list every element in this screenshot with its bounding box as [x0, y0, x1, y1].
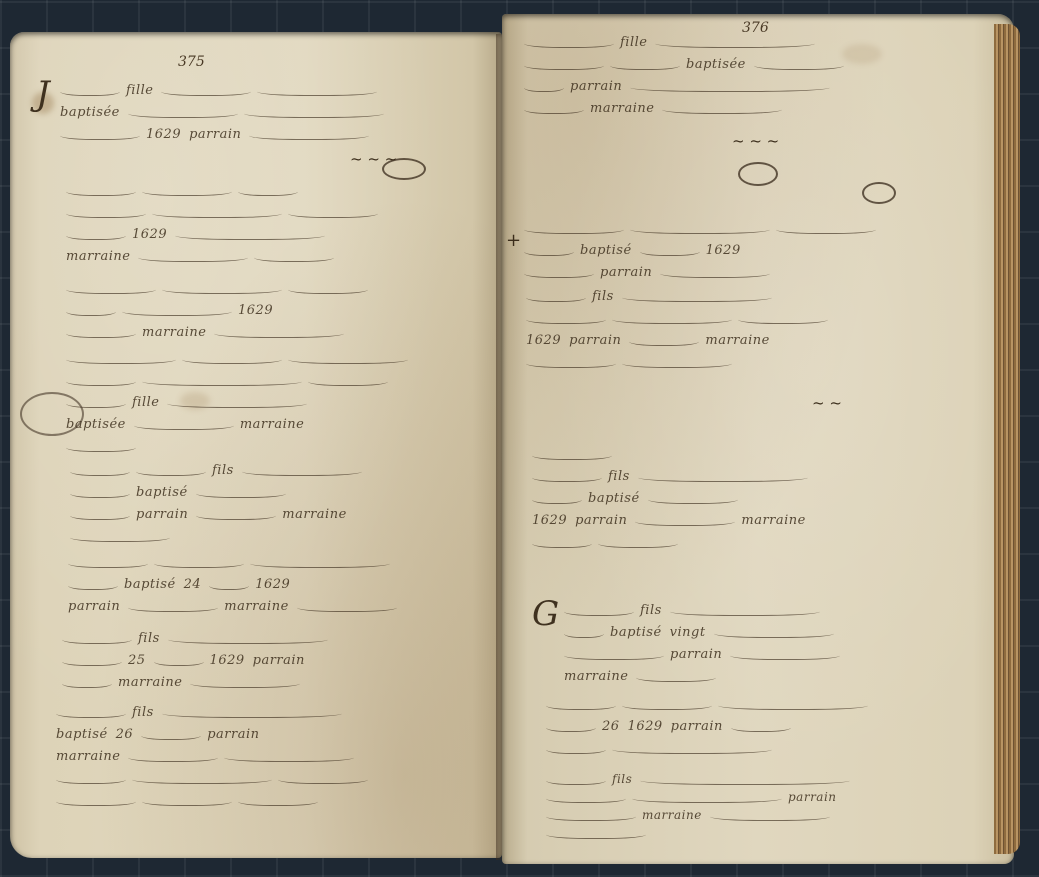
signature: ~ ~	[812, 394, 842, 412]
page-number: 375	[178, 54, 205, 70]
register-entry: fille baptisée parrain marraine	[524, 32, 984, 120]
register-entry: fils baptisé26parrain marraine	[56, 702, 486, 812]
register-entry: 1629 marraine	[66, 180, 486, 268]
entry-initial: J	[36, 74, 50, 114]
register-book: 375 J fille baptisée 1629parrain ~ ~ ~ 1…	[6, 14, 1036, 869]
register-entry: fille baptisée 1629parrain	[60, 80, 490, 146]
register-entry: fils baptisé 1629parrainmarraine	[532, 444, 992, 554]
entry-initial: G	[532, 594, 559, 634]
register-entry: fils parrain marraine	[546, 770, 1016, 842]
register-entry: baptisé1629 parrain	[524, 218, 984, 284]
register-entry: 261629parrain	[546, 694, 1006, 760]
signature: ~ ~ ~	[732, 132, 779, 150]
register-entry: fille baptiséemarraine	[66, 348, 486, 458]
register-entry: fils 251629parrain marraine	[62, 628, 482, 694]
margin-cross-mark: +	[506, 230, 521, 251]
register-entry: fils baptisévingt parrain marraine	[564, 600, 1004, 688]
signature-flourish	[738, 162, 778, 186]
margin-flourish	[20, 392, 84, 436]
register-entry: 1629 marraine	[66, 278, 486, 344]
register-entry: fils 1629parrainmarraine	[526, 286, 986, 374]
signature-flourish	[382, 158, 426, 180]
right-page: 376 fille baptisée parrain marraine ~ ~ …	[502, 14, 1014, 864]
left-page: 375 J fille baptisée 1629parrain ~ ~ ~ 1…	[10, 32, 502, 858]
register-entry: baptisé241629 parrainmarraine	[68, 552, 488, 618]
signature-flourish	[862, 182, 896, 204]
register-entry: fils baptisé parrainmarraine	[70, 460, 490, 548]
